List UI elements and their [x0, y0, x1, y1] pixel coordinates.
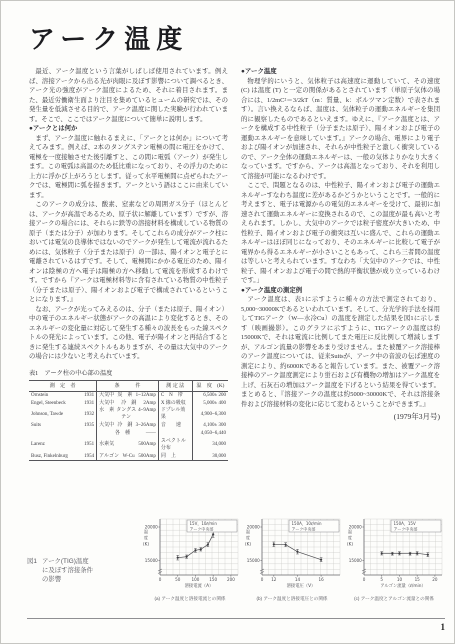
col-header-condition: 条 件: [97, 380, 159, 391]
cell-method: 音 速: [158, 422, 192, 430]
table-row: Larenz1951水素気500Ampスペクトル分布34,000: [29, 437, 228, 452]
cell-condition: 大気中冷 銅3~26Amp: [97, 422, 159, 430]
paragraph-arc-definition: まず、アーク温度に触れるまえに、「アークとは何か」について考えてみます。例えば、…: [29, 134, 228, 201]
chart-c-caption: (c) アーク温度とアルゴン流量との関係: [354, 596, 434, 602]
svg-text:10: 10: [397, 577, 403, 582]
col-header-temperature: 温 度 (K): [192, 380, 228, 391]
table-row: Engel, Steenbeck1931大気中冷 銅2AmpX 線の吸収5,00…: [29, 399, 228, 407]
svg-text:100: 100: [192, 577, 200, 582]
chart-b-caption: (b) アーク温度と溶接電圧との関係: [256, 596, 327, 602]
svg-text:度: 度: [246, 534, 251, 541]
svg-text:(K): (K): [245, 541, 251, 546]
cell-observer: Ornstein1931: [29, 391, 97, 399]
svg-text:20: 20: [432, 577, 438, 582]
svg-text:(K): (K): [347, 541, 353, 546]
issue-date: (1979年3月号): [241, 411, 440, 422]
cell-condition: 大気中冷 銅2Amp: [97, 399, 159, 407]
table-title: 表1 アーク柱の中心部の温度: [29, 368, 228, 377]
col-header-observer: 測 定 者: [29, 380, 97, 391]
svg-text:アーク中央部: アーク中央部: [190, 525, 214, 531]
chart-c-argon: 150002000051015200温度(K)アルゴン流量（ℓ/min）150A…: [343, 513, 445, 602]
temperature-table: 測 定 者 条 件 測 定 法 温 度 (K) Ornstein1931大気中炭…: [29, 380, 228, 461]
table-row: Johnson, Tawde1932水 素タングステン4~9Ampドプレル効果4…: [29, 407, 228, 422]
chart-a-current: 1500020000501001502000温度(K)溶接電流（A）15V，10…: [139, 513, 241, 602]
svg-text:150: 150: [209, 577, 217, 582]
cell-temperature: 4,050~6,440: [192, 430, 228, 438]
svg-text:15: 15: [415, 577, 421, 582]
chart-a-plot: 1500020000501001502000温度(K)溶接電流（A）15V，10…: [139, 513, 241, 595]
table-row: 各 種——4,050~6,440: [29, 430, 228, 438]
table-block: 表1 アーク柱の中心部の温度 測 定 者 条 件 測 定 法 温 度 (K) O…: [29, 368, 228, 461]
paragraph-thermal-equilibrium: ここで、問題となるのは、中性粒子、陽イオンおよび電子の運動エネルギーすなわち温度…: [241, 181, 440, 286]
svg-text:14: 14: [295, 577, 301, 582]
figure-caption-line: に及ぼす溶接条件: [42, 566, 93, 575]
svg-text:溶接電流（A）: 溶接電流（A）: [185, 582, 214, 589]
svg-text:アーク中央部: アーク中央部: [394, 525, 418, 531]
svg-text:0: 0: [261, 577, 264, 582]
svg-text:0: 0: [363, 577, 366, 582]
page-title: アーク温度: [29, 19, 188, 56]
figure-label: 図1: [27, 557, 37, 585]
cell-method: 同 上: [158, 452, 192, 460]
svg-text:15V，10ℓ/min: 15V，10ℓ/min: [190, 521, 218, 526]
two-column-body: 最近、アーク温度という言葉がしばしば使用されています。例えば、溶接アークから出る…: [29, 67, 441, 513]
table-header-row: 測 定 者 条 件 測 定 法 温 度 (K): [29, 380, 228, 391]
svg-text:度: 度: [144, 534, 149, 541]
footer-rule: [27, 618, 445, 619]
cell-temperature: 4,900~6,300: [192, 407, 228, 422]
cell-method: [158, 430, 192, 438]
figure-caption: 図1 アーク(TIG)温度 に及ぼす溶接条件 の影響: [27, 513, 139, 585]
cell-observer: Johnson, Tawde1932: [29, 407, 97, 422]
col-header-method: 測 定 法: [158, 380, 192, 391]
svg-text:150A，10ℓ/min: 150A，10ℓ/min: [292, 521, 322, 526]
paragraph-arc-composition: このアークの成分は、酸素、窒素などの周囲ガス分子（ほとんどは、アークが高温である…: [29, 200, 228, 305]
cell-temperature: 34,000: [192, 437, 228, 452]
chart-a-caption: (a) アーク温度と溶接電流との関係: [154, 596, 225, 602]
chart-b-voltage: 15000200001214160温度(K)溶接電圧（V）150A，10ℓ/mi…: [241, 513, 343, 602]
table-row: Ornstein1931大気中炭 素1~12AmpC N 帯6,500± 200: [29, 391, 228, 399]
cell-temperature: 6,500± 200: [192, 391, 228, 399]
svg-text:150A，15V: 150A，15V: [394, 521, 416, 526]
svg-text:200: 200: [227, 577, 235, 582]
svg-text:16: 16: [318, 577, 324, 582]
svg-text:0: 0: [159, 577, 162, 582]
table-row: Suits1935大気中冷 銅3~26Amp音 速4,100± 300: [29, 422, 228, 430]
svg-text:アルゴン流量（ℓ/min）: アルゴン流量（ℓ/min）: [380, 582, 426, 589]
section-heading-measurement: ●アーク温度の測定例: [241, 286, 440, 296]
chart-b-plot: 15000200001214160温度(K)溶接電圧（V）150A，10ℓ/mi…: [241, 513, 343, 595]
cell-method: X 線の吸収: [158, 399, 192, 407]
page-footer: 1: [27, 618, 445, 632]
page-number: 1: [27, 622, 445, 632]
cell-observer: Suits1935: [29, 422, 97, 430]
svg-text:アーク中央部: アーク中央部: [292, 525, 316, 531]
figure-1: 図1 アーク(TIG)温度 に及ぼす溶接条件 の影響 1500020000501…: [27, 513, 445, 617]
svg-text:度: 度: [348, 534, 353, 541]
svg-text:15000: 15000: [247, 558, 260, 563]
cell-condition: 水素気500Amp: [97, 437, 159, 452]
cell-method: C N 帯: [158, 391, 192, 399]
cell-temperature: 30,000: [192, 452, 228, 460]
paragraph-measurement: アーク温度は、表1に示すように種々の方法で測定されており、5,000~30000…: [241, 295, 440, 409]
svg-text:15000: 15000: [349, 558, 362, 563]
cell-temperature: 5,000± 400: [192, 399, 228, 407]
paragraph-intro: 最近、アーク温度という言葉がしばしば使用されています。例えば、溶接アークから出る…: [29, 67, 228, 124]
table-row: Busz, Finkelnburg1954アルゴンW-Cu500Amp同 上30…: [29, 452, 228, 460]
section-heading-what-is-arc: ●アークとは何か: [29, 124, 228, 134]
paragraph-arc-light: なお、アークが光ってみえるのは、分子（または原子、陽イオン）中の電子のエネルギー…: [29, 305, 228, 362]
cell-condition: 大気中炭 素1~12Amp: [97, 391, 159, 399]
cell-condition: 水 素タングステン4~9Amp: [97, 407, 159, 422]
cell-temperature: 4,100± 300: [192, 422, 228, 430]
cell-condition: 各 種——: [97, 430, 159, 438]
svg-text:15000: 15000: [145, 558, 158, 563]
cell-observer: Busz, Finkelnburg1954: [29, 452, 97, 460]
section-heading-arc-temperature: ●アーク温度: [241, 67, 440, 77]
figure-caption-line: の影響: [42, 575, 93, 584]
svg-text:(K): (K): [143, 541, 149, 546]
document-page: アーク温度 最近、アーク温度という言葉がしばしば使用されています。例えば、溶接ア…: [0, 0, 455, 644]
cell-method: スペクトル分布: [158, 437, 192, 452]
svg-text:溶接電圧（V）: 溶接電圧（V）: [287, 582, 316, 589]
figure-caption-line: アーク(TIG)温度: [42, 557, 93, 566]
cell-observer: Engel, Steenbeck1931: [29, 399, 97, 407]
svg-text:5: 5: [380, 577, 383, 582]
svg-text:12: 12: [271, 577, 277, 582]
cell-condition: アルゴンW-Cu500Amp: [97, 452, 159, 460]
left-column: 最近、アーク温度という言葉がしばしば使用されています。例えば、溶接アークから出る…: [29, 67, 228, 513]
cell-observer: Larenz1951: [29, 437, 97, 452]
right-column: ●アーク温度 物理学的にいうと、気体粒子は高速度に運動していて、その速度 (C)…: [241, 67, 440, 513]
cell-method: ドプレル効果: [158, 407, 192, 422]
svg-text:50: 50: [175, 577, 181, 582]
paragraph-physics: 物理学的にいうと、気体粒子は高速度に運動していて、その速度 (C) は温度 (T…: [241, 77, 440, 182]
cell-observer: [29, 430, 97, 438]
chart-c-plot: 150002000051015200温度(K)アルゴン流量（ℓ/min）150A…: [343, 513, 445, 595]
